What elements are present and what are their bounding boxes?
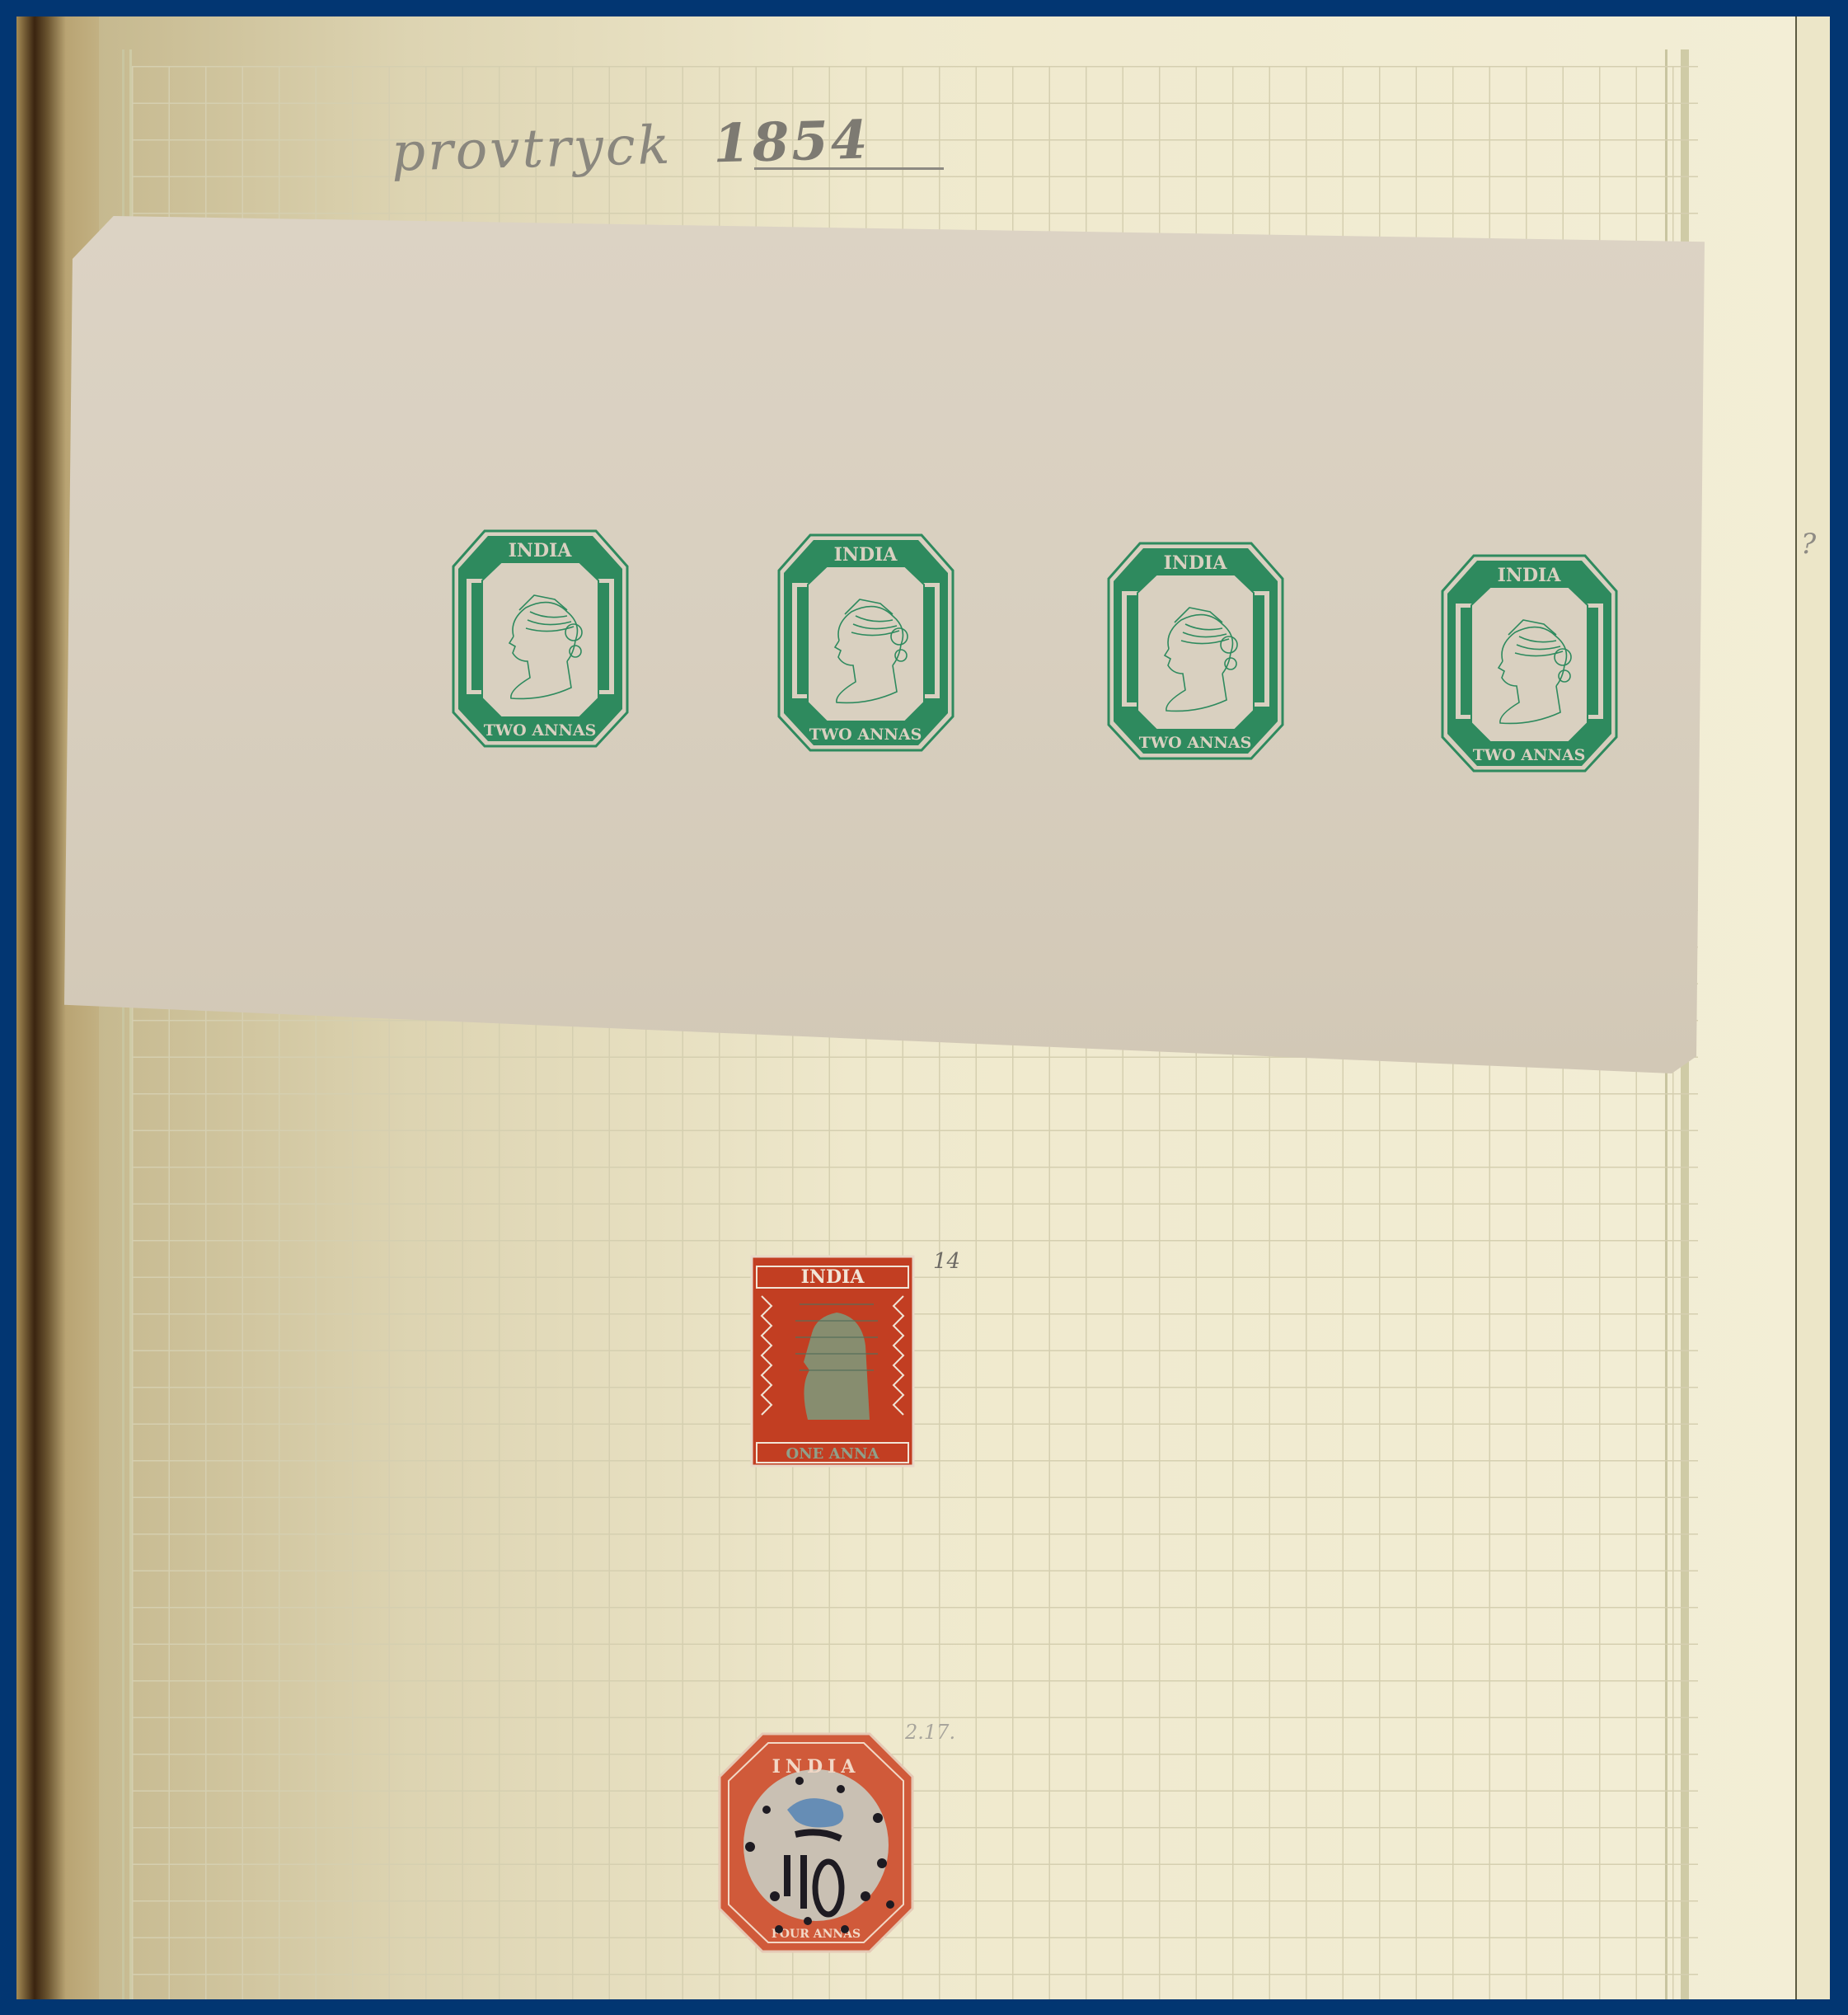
proof-stamp-4: INDIA TWO ANNAS — [1441, 554, 1618, 773]
proof-stamp-2: INDIA TWO ANNAS — [777, 533, 954, 752]
year-underline — [754, 167, 944, 170]
svg-text:INDIA: INDIA — [509, 540, 573, 561]
used-stamp-octagonal: INDIA FOUR ANNAS — [717, 1731, 915, 1954]
proof-sheet: INDIA TWO ANNAS INDIA TWO ANNAS — [64, 216, 1705, 1073]
svg-text:INDIA: INDIA — [1164, 552, 1228, 574]
svg-text:INDIA: INDIA — [772, 1756, 861, 1778]
svg-text:INDIA: INDIA — [801, 1266, 865, 1288]
svg-text:ONE ANNA: ONE ANNA — [786, 1445, 880, 1463]
svg-text:TWO ANNAS: TWO ANNAS — [1139, 734, 1252, 752]
side-mark: ? — [1801, 528, 1816, 561]
handwritten-title: provtryck1854 — [391, 109, 870, 183]
svg-text:TWO ANNAS: TWO ANNAS — [1473, 746, 1586, 764]
used-stamp-one-anna: INDIA ONE ANNA — [750, 1255, 915, 1468]
title-text: provtryck — [391, 115, 673, 184]
note-14: 14 — [933, 1249, 960, 1274]
proof-stamp-1: INDIA TWO ANNAS — [452, 529, 629, 748]
svg-text:TWO ANNAS: TWO ANNAS — [484, 721, 597, 740]
proof-stamp-3: INDIA TWO ANNAS — [1107, 542, 1284, 760]
svg-text:INDIA: INDIA — [1498, 565, 1562, 586]
year-text: 1854 — [712, 109, 870, 175]
page-edge — [1795, 16, 1830, 1999]
album-page-frame: provtryck1854 INDIA TWO ANNAS INDIA — [16, 16, 1830, 1999]
svg-text:INDIA: INDIA — [834, 544, 898, 566]
svg-text:TWO ANNAS: TWO ANNAS — [809, 726, 922, 744]
